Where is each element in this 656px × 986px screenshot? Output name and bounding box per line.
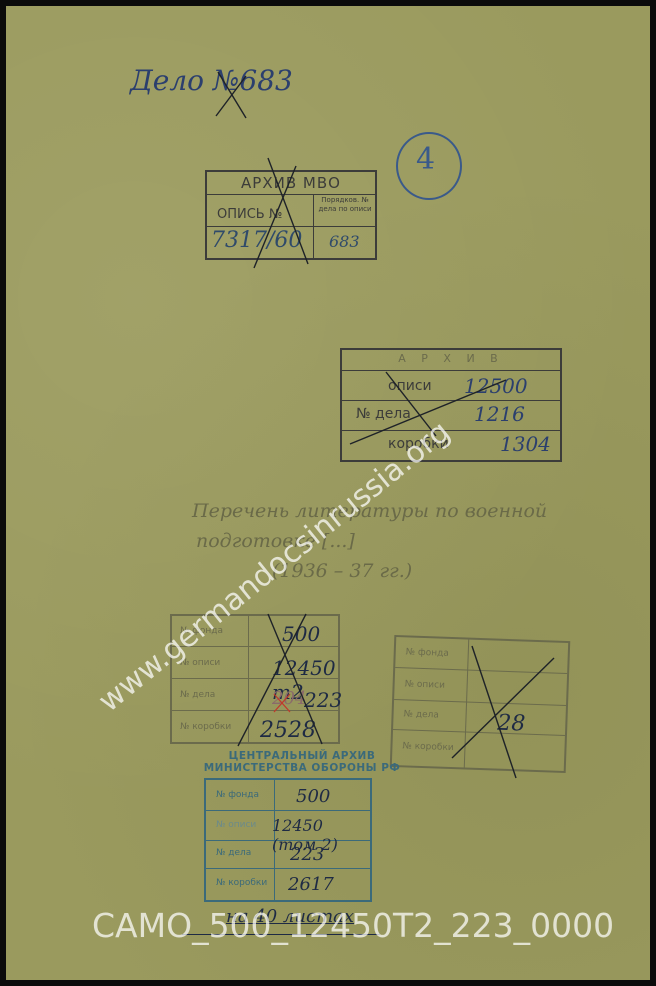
stamp-label-opis: ОПИСЬ № xyxy=(217,207,282,222)
stamp-label: № коробки xyxy=(180,722,231,732)
stamp-value: 2528 xyxy=(260,718,316,743)
stamp-label: описи xyxy=(388,378,432,394)
stamp-value: 500 xyxy=(296,786,330,807)
stamp-tsamo: № фонда № описи № дела № коробки 500 124… xyxy=(204,778,372,902)
stamp-title: А Р Х И В xyxy=(342,352,560,365)
stamp-value-opis: 7317/60 xyxy=(211,228,302,253)
stamp-value-delo: 683 xyxy=(329,232,360,251)
stamp-label: № дела xyxy=(356,406,411,422)
stamp-value: 2617 xyxy=(288,874,334,895)
stamp-title: АРХИВ МВО xyxy=(207,174,375,192)
stamp-label: № фонда xyxy=(406,647,449,658)
stamp-label: № фонда xyxy=(216,790,259,800)
stamp-label: № дела xyxy=(403,709,439,720)
pencil-title-line2: подготовке [...] xyxy=(192,526,547,556)
circled-mark: 4 xyxy=(396,132,462,200)
stamp-label: № описи xyxy=(216,820,256,830)
stamp-label: № коробки xyxy=(216,878,267,888)
stamp-faint-right: № фонда № описи № дела № коробки 28 xyxy=(390,635,570,773)
document-page: Дело №683 4 АРХИВ МВО ОПИСЬ № Порядков. … xyxy=(6,6,650,980)
stamp-value: 12500 xyxy=(464,374,528,398)
stamp-value-struck: 204 xyxy=(272,688,306,709)
stamp-archive-mvo: АРХИВ МВО ОПИСЬ № Порядков. № дела по оп… xyxy=(205,170,377,260)
circled-mark-value: 4 xyxy=(416,142,435,177)
stamp-value: 1304 xyxy=(500,432,551,456)
stamp-tsamo-title: ЦЕНТРАЛЬНЫЙ АРХИВ МИНИСТЕРСТВА ОБОРОНЫ Р… xyxy=(202,750,402,774)
stamp-tsamo-title-line2: МИНИСТЕРСТВА ОБОРОНЫ РФ xyxy=(202,762,402,774)
stamp-value: 28 xyxy=(497,711,526,737)
stamp-value: 223 xyxy=(304,688,342,712)
stamp-value: 1216 xyxy=(474,402,525,426)
stamp-tsamo-title-line1: ЦЕНТРАЛЬНЫЙ АРХИВ xyxy=(202,750,402,762)
stamp-label: № коробки xyxy=(402,741,454,753)
watermark-file-code: CAMO_500_12450T2_223_0000 xyxy=(92,906,614,945)
case-number-handwritten: Дело №683 xyxy=(130,64,293,97)
stamp-label: № дела xyxy=(180,690,215,700)
stamp-label: № дела xyxy=(216,848,251,858)
stamp-value: 500 xyxy=(282,622,320,646)
stamp-value: 223 xyxy=(290,844,324,865)
stamp-label-poryadk: Порядков. № дела по описи xyxy=(316,196,374,214)
stamp-label: № описи xyxy=(404,679,445,690)
